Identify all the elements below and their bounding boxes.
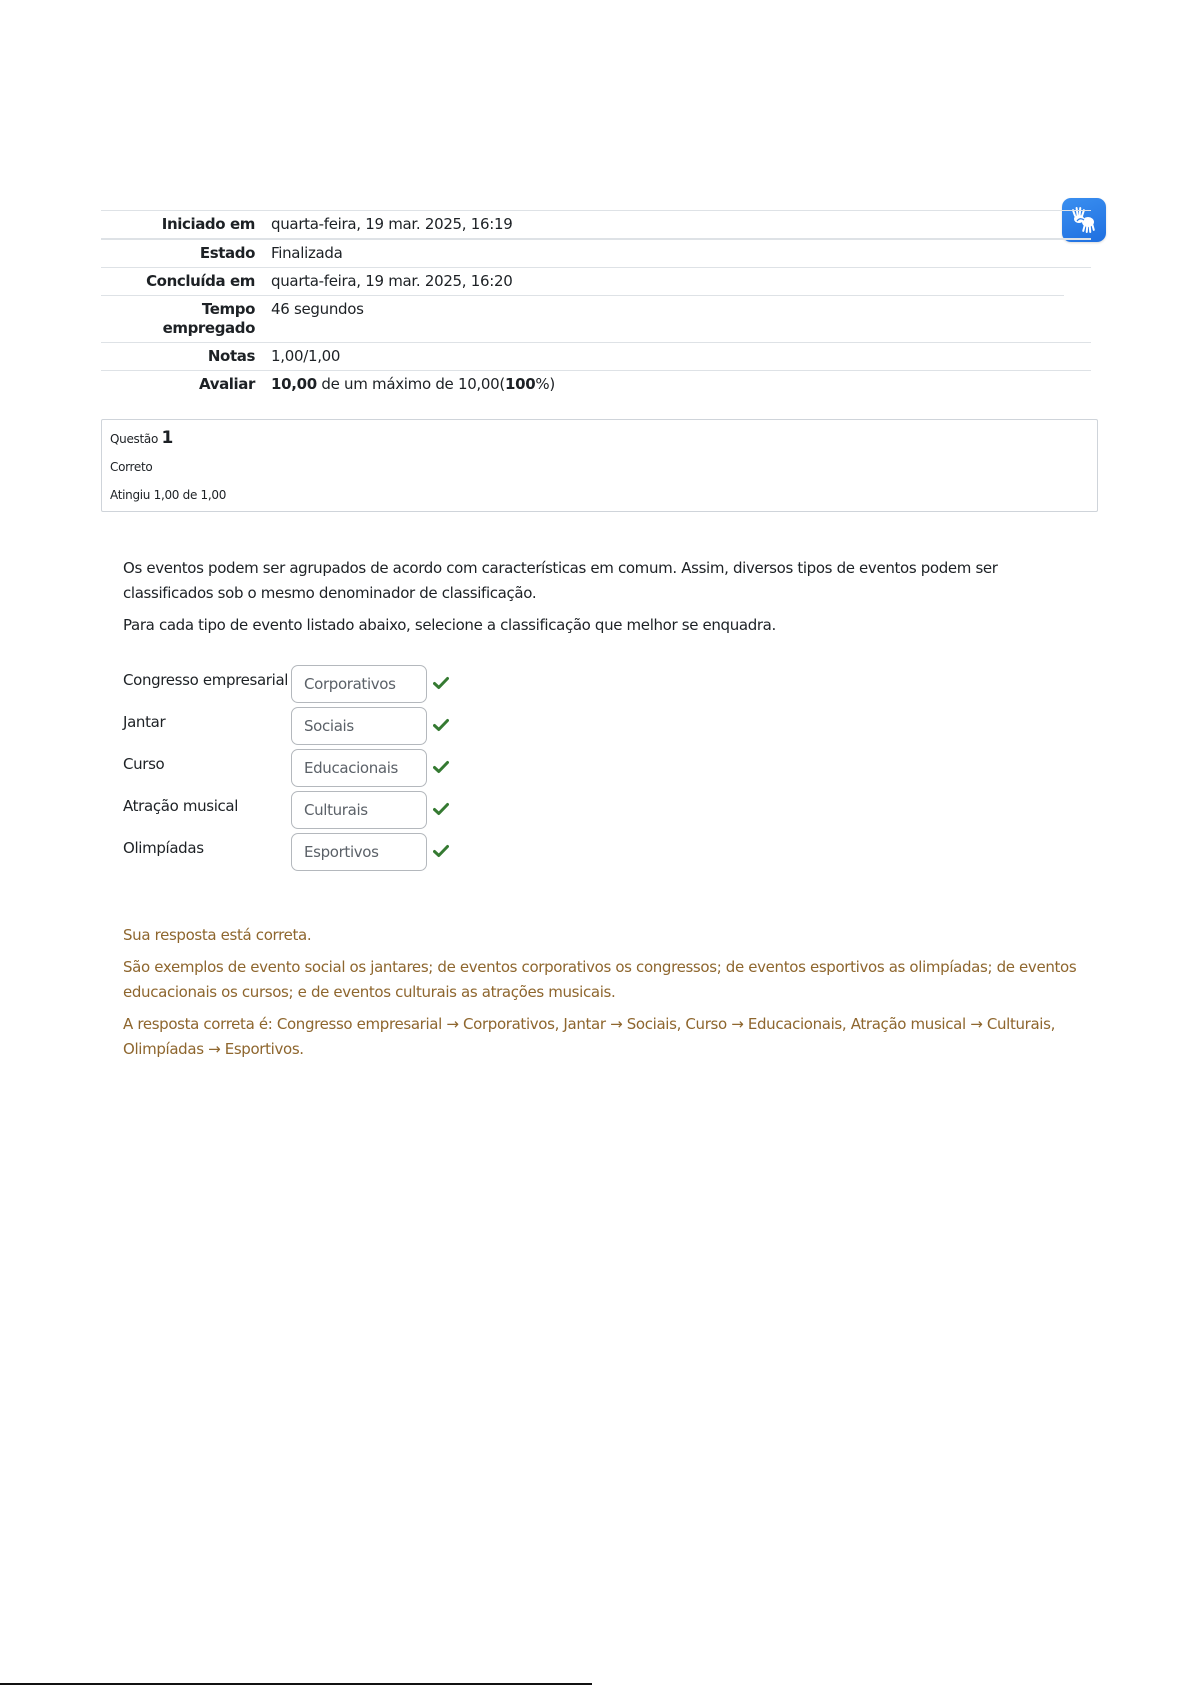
- check-icon: [433, 802, 449, 816]
- question-state: Correto: [110, 460, 152, 474]
- summary-value: 46 segundos: [255, 296, 364, 342]
- summary-row-completed: Concluída em quarta-feira, 19 mar. 2025,…: [101, 267, 1091, 295]
- check-icon: [433, 844, 449, 858]
- summary-label: Concluída em: [101, 268, 255, 295]
- check-icon: [433, 760, 449, 774]
- question-grade: Atingiu 1,00 de 1,00: [110, 488, 226, 502]
- answer-select[interactable]: Sociais: [291, 707, 427, 745]
- summary-row-state: Estado Finalizada: [101, 238, 1091, 267]
- summary-value: Finalizada: [255, 240, 343, 267]
- question-number-prefix: Questão: [110, 432, 158, 446]
- question-info-box: Questão 1 Correto Atingiu 1,00 de 1,00: [101, 419, 1098, 512]
- answer-select[interactable]: Educacionais: [291, 749, 427, 787]
- summary-label: Iniciado em: [101, 211, 255, 238]
- question-number-value: 1: [162, 428, 174, 448]
- answer-stem: Olimpíadas: [123, 833, 291, 857]
- answer-select[interactable]: Esportivos: [291, 833, 427, 871]
- summary-row-grade: Avaliar 10,00 de um máximo de 10,00(100%…: [101, 370, 1091, 398]
- right-answer: A resposta correta é: Congresso empresar…: [123, 1012, 1083, 1062]
- question-number: Questão 1: [110, 428, 173, 448]
- summary-value: 1,00/1,00: [255, 343, 340, 370]
- answer-row: Olimpíadas Esportivos: [123, 833, 449, 875]
- question-paragraph: Para cada tipo de evento listado abaixo,…: [123, 613, 1083, 638]
- answer-stem: Jantar: [123, 707, 291, 731]
- summary-label: Tempo empregado: [101, 296, 255, 342]
- grade-score: 10,00: [271, 375, 317, 393]
- summary-row-time-taken: Tempo empregado 46 segundos: [101, 295, 1091, 342]
- answer-row: Congresso empresarial Corporativos: [123, 665, 449, 707]
- quiz-review-page: Iniciado em quarta-feira, 19 mar. 2025, …: [0, 0, 1191, 1685]
- answer-select[interactable]: Culturais: [291, 791, 427, 829]
- answer-row: Curso Educacionais: [123, 749, 449, 791]
- summary-value: quarta-feira, 19 mar. 2025, 16:19: [255, 211, 512, 238]
- attempt-summary-table: Iniciado em quarta-feira, 19 mar. 2025, …: [101, 210, 1091, 398]
- answer-stem: Congresso empresarial: [123, 665, 291, 689]
- general-feedback: Sua resposta está correta.: [123, 923, 1083, 948]
- summary-label: Avaliar: [101, 371, 255, 398]
- summary-label: Notas: [101, 343, 255, 370]
- answer-row: Atração musical Culturais: [123, 791, 449, 833]
- answer-row: Jantar Sociais: [123, 707, 449, 749]
- question-feedback: Sua resposta está correta. São exemplos …: [123, 923, 1083, 1069]
- check-icon: [433, 676, 449, 690]
- explanation-feedback: São exemplos de evento social os jantare…: [123, 955, 1083, 1005]
- summary-value: 10,00 de um máximo de 10,00(100%): [255, 371, 555, 398]
- question-paragraph: Os eventos podem ser agrupados de acordo…: [123, 556, 1083, 606]
- question-text: Os eventos podem ser agrupados de acordo…: [123, 556, 1083, 645]
- grade-percent: 100: [505, 375, 535, 393]
- summary-label: Estado: [101, 240, 255, 267]
- grade-text: de um máximo de 10,00(: [317, 375, 505, 393]
- summary-row-started: Iniciado em quarta-feira, 19 mar. 2025, …: [101, 210, 1091, 238]
- answer-stem: Curso: [123, 749, 291, 773]
- summary-row-marks: Notas 1,00/1,00: [101, 342, 1091, 370]
- grade-text-end: %): [535, 375, 555, 393]
- answer-select[interactable]: Corporativos: [291, 665, 427, 703]
- summary-value: quarta-feira, 19 mar. 2025, 16:20: [255, 268, 512, 295]
- answer-stem: Atração musical: [123, 791, 291, 815]
- check-icon: [433, 718, 449, 732]
- match-answers: Congresso empresarial Corporativos Janta…: [123, 665, 449, 875]
